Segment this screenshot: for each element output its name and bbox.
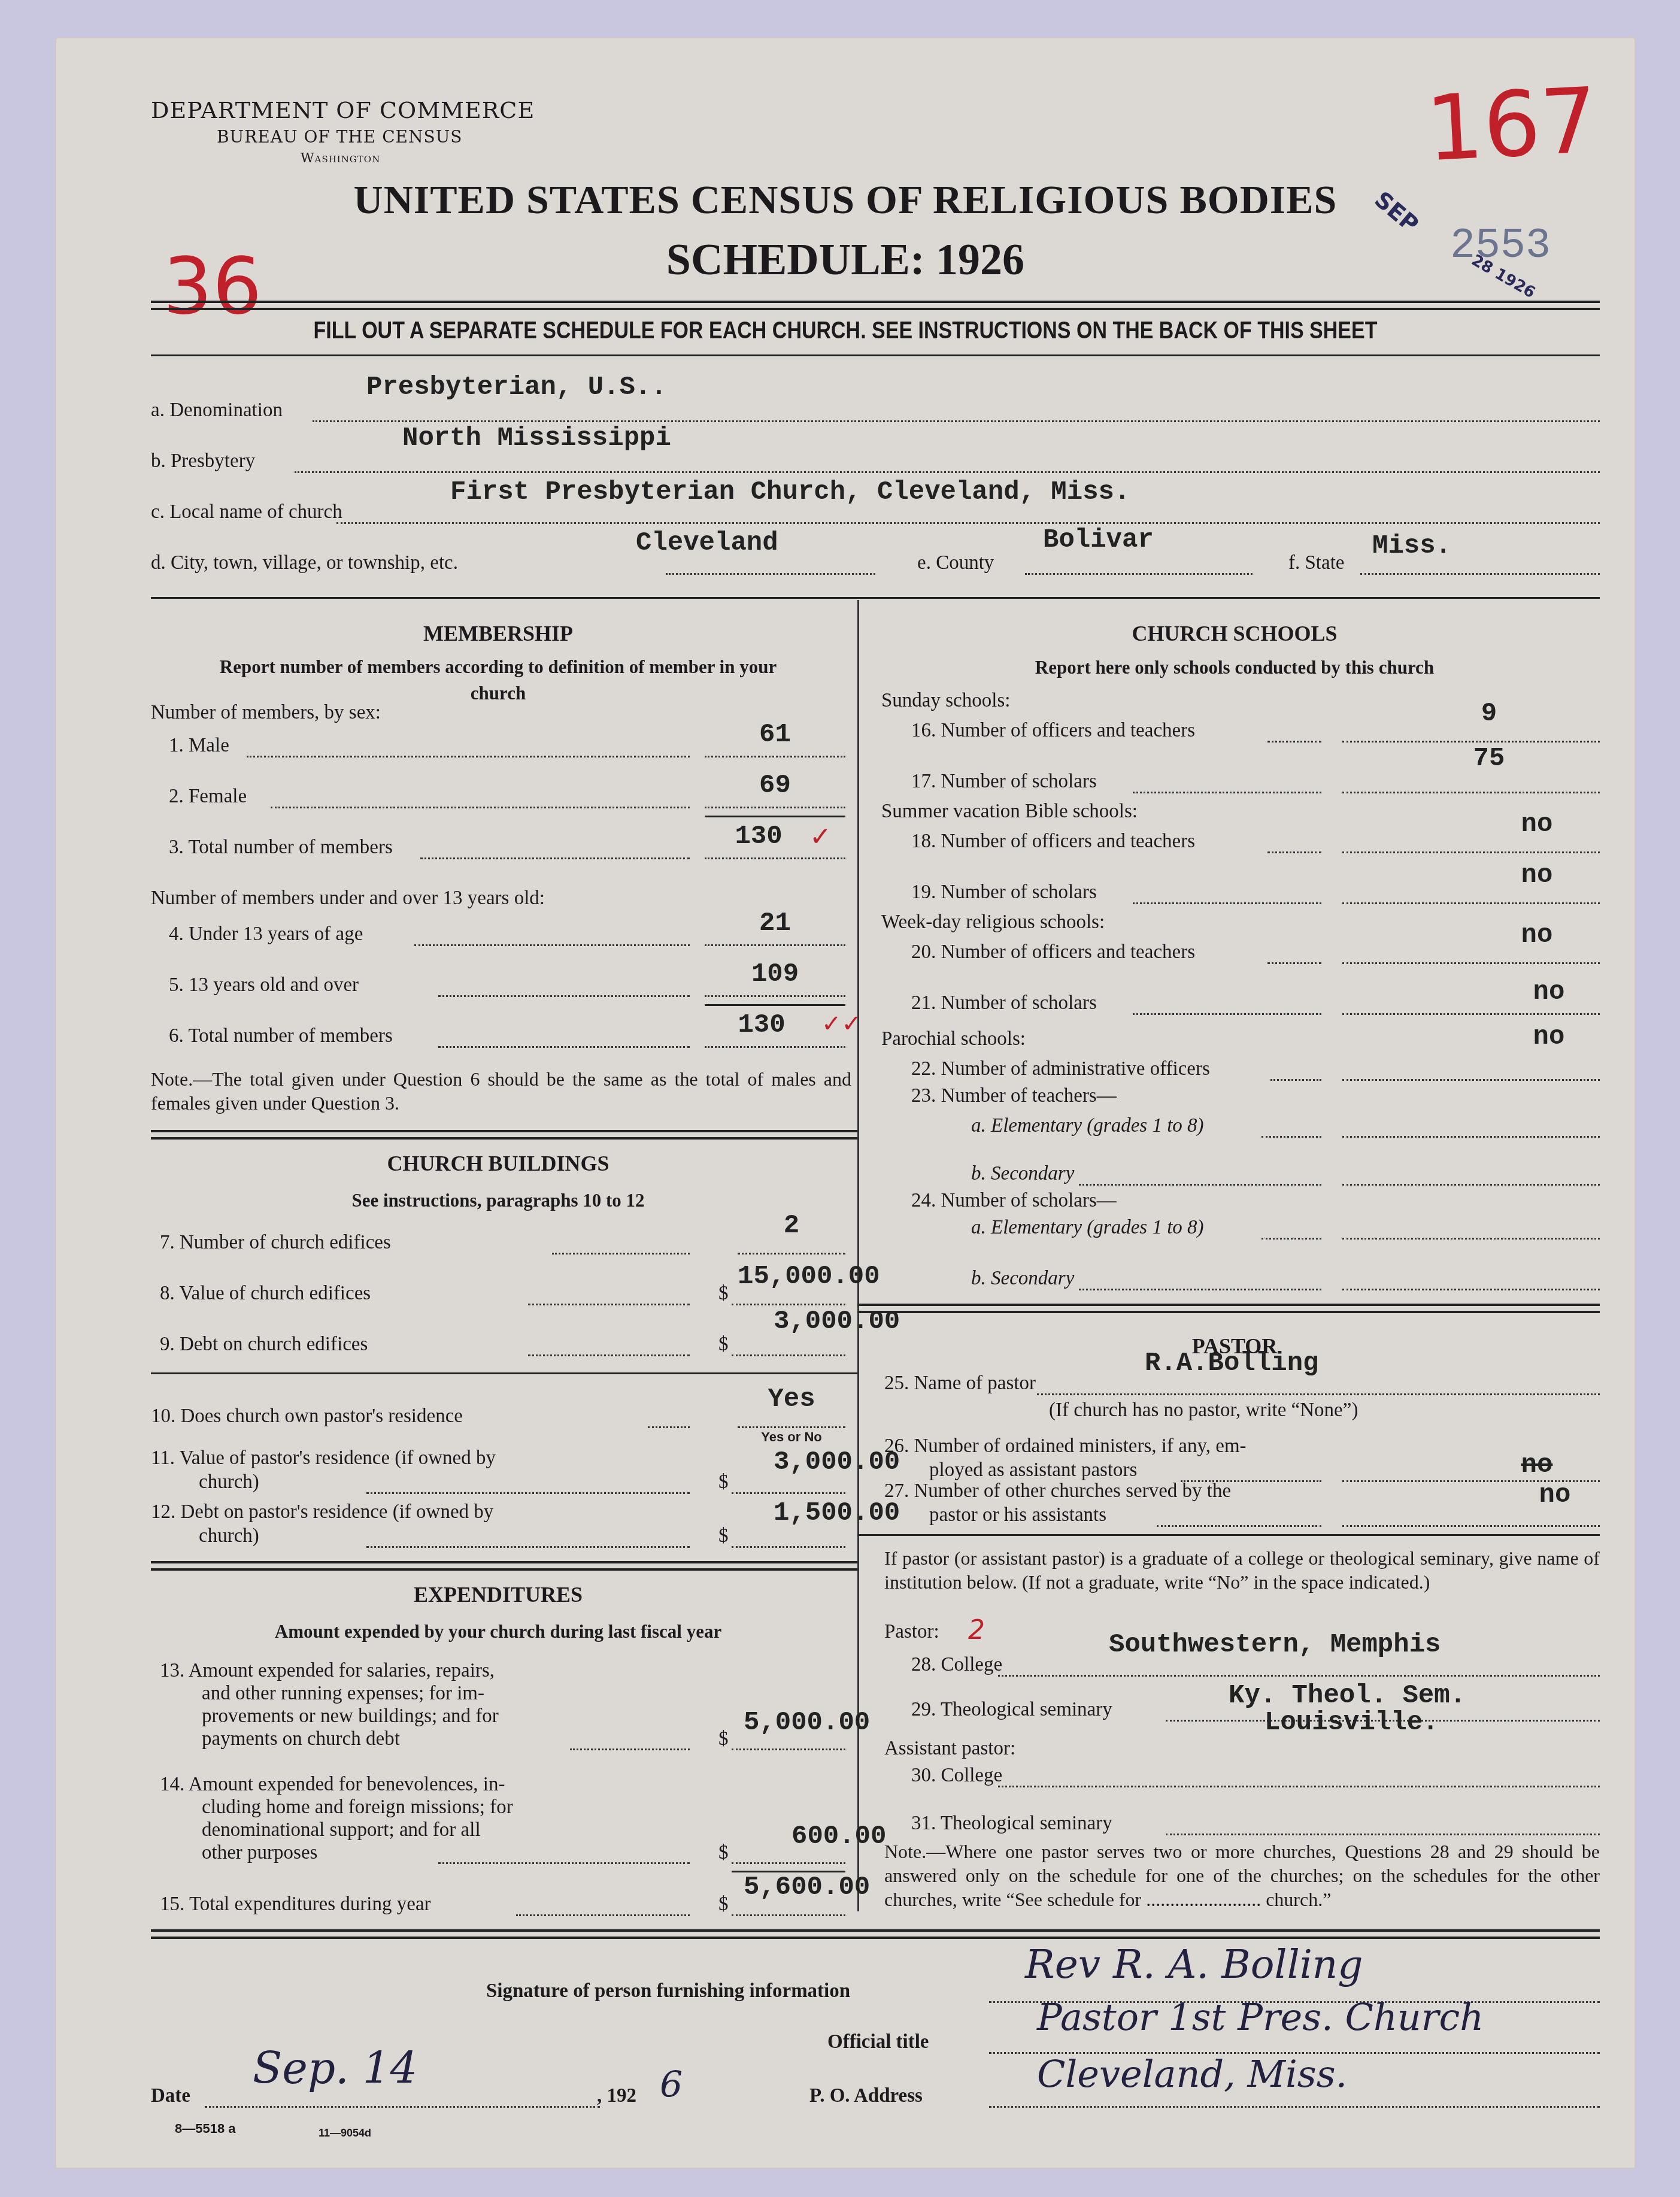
pastor-note: Note.—Where one pastor serves two or mor… <box>884 1840 1600 1911</box>
owns-residence-line <box>738 1426 845 1428</box>
total-2-line <box>705 1046 845 1048</box>
benevolences-line <box>732 1862 845 1864</box>
running-expenses-currency: $ <box>718 1728 729 1750</box>
form-number: 8—5518 a <box>175 2121 236 2137</box>
schools-subtitle: Report here only schools conducted by th… <box>869 657 1600 678</box>
pastor-name-label: 25. Name of pastor <box>884 1372 1036 1395</box>
running-expenses-line <box>732 1748 845 1750</box>
signature-rule <box>151 1929 1600 1939</box>
teachers-secondary-line <box>1342 1184 1600 1186</box>
female-line <box>705 807 845 808</box>
department-heading: DEPARTMENT OF COMMERCE <box>151 97 535 123</box>
residence-debt-currency: $ <box>718 1525 729 1547</box>
total-expenditures-currency: $ <box>718 1893 729 1916</box>
residence-value-line <box>732 1492 845 1494</box>
total-2-leader <box>438 1046 690 1048</box>
membership-subtitle: Report number of members according to de… <box>199 654 797 707</box>
total-line <box>705 857 845 859</box>
denomination-label: a. Denomination <box>151 399 283 422</box>
weekday-officers-field[interactable]: no <box>1492 920 1582 950</box>
red-pastor-mark: 2 <box>968 1615 985 1646</box>
state-field[interactable]: Miss. <box>1372 531 1451 561</box>
asst-college-line <box>998 1786 1600 1787</box>
signature-label: Signature of person furnishing informati… <box>486 1980 850 2002</box>
sunday-scholars-leader <box>1133 792 1321 793</box>
college-label: 28. College <box>911 1654 1002 1676</box>
sunday-scholars-line <box>1342 792 1600 793</box>
college-line <box>998 1675 1600 1677</box>
residence-value-currency: $ <box>718 1471 729 1493</box>
summer-scholars-line <box>1342 902 1600 904</box>
official-title-field[interactable]: Pastor 1st Pres. Church <box>1037 1995 1484 2039</box>
state-label: f. State <box>1288 552 1344 574</box>
local-name-label: c. Local name of church <box>151 501 342 523</box>
summer-officers-field[interactable]: no <box>1492 810 1582 840</box>
residence-debt-field[interactable]: 1,500.00 <box>774 1498 900 1528</box>
seminary-label: 29. Theological seminary <box>911 1699 1112 1721</box>
city-field[interactable]: Cleveland <box>636 528 778 558</box>
location-heading: Washington <box>301 151 380 166</box>
edifices-value-label: 8. Value of church edifices <box>160 1283 371 1305</box>
edifices-line <box>738 1253 845 1254</box>
state-line <box>1360 573 1600 575</box>
bureau-heading: BUREAU OF THE CENSUS <box>217 127 462 147</box>
residence-value-field[interactable]: 3,000.00 <box>774 1447 900 1477</box>
edifices-debt-line <box>732 1354 845 1356</box>
female-leader <box>271 807 690 808</box>
red-file-number: 167 <box>1424 69 1600 182</box>
weekday-scholars-leader <box>1133 1013 1321 1015</box>
owns-residence-leader <box>648 1426 690 1428</box>
residence-debt-label-2: church) <box>199 1525 259 1547</box>
weekday-scholars-field[interactable]: no <box>1504 977 1594 1007</box>
sum-rule-2 <box>705 1004 845 1006</box>
male-leader <box>247 756 690 757</box>
residence-value-label: 11. Value of pastor's residence (if owne… <box>151 1447 496 1469</box>
teachers-secondary-label: b. Secondary <box>971 1163 1074 1185</box>
city-line <box>666 573 875 575</box>
summer-officers-leader <box>1267 851 1321 853</box>
benevolences-field[interactable]: 600.00 <box>792 1822 886 1851</box>
edifices-value-leader <box>528 1304 690 1305</box>
section-rule-pastor <box>857 1304 1600 1313</box>
over-13-line <box>705 995 845 997</box>
total-members-label: 3. Total number of members <box>169 837 393 859</box>
owns-residence-label: 10. Does church own pastor's residence <box>151 1405 463 1428</box>
sunday-schools-heading: Sunday schools: <box>881 690 1010 712</box>
edifices-value-field[interactable]: 15,000.00 <box>738 1262 880 1292</box>
total-leader <box>420 857 690 859</box>
edifices-debt-label: 9. Debt on church edifices <box>160 1334 368 1356</box>
presbytery-line <box>295 471 1600 473</box>
yes-no-hint: Yes or No <box>738 1429 845 1445</box>
census-schedule-form: DEPARTMENT OF COMMERCE BUREAU OF THE CEN… <box>55 37 1636 2169</box>
benevolences-label-1: 14. Amount expended for benevolences, in… <box>160 1774 505 1796</box>
female-count-field[interactable]: 69 <box>705 771 845 801</box>
ordained-label-1: 26. Number of ordained ministers, if any… <box>884 1435 1247 1457</box>
edifices-debt-currency: $ <box>718 1334 729 1356</box>
section-rule-buildings <box>151 1130 857 1140</box>
benevolences-leader <box>438 1862 690 1864</box>
under-13-leader <box>414 944 690 946</box>
print-number: 11—9054d <box>319 2127 371 2140</box>
po-address-line <box>989 2106 1600 2108</box>
scholars-elementary-line <box>1342 1238 1600 1240</box>
parochial-schools-heading: Parochial schools: <box>881 1028 1026 1050</box>
scholars-secondary-label: b. Secondary <box>971 1268 1074 1290</box>
admin-officers-leader <box>1270 1079 1321 1081</box>
weekday-officers-label: 20. Number of officers and teachers <box>911 941 1195 963</box>
presbytery-field[interactable]: North Mississippi <box>402 423 671 453</box>
college-field[interactable]: Southwestern, Memphis <box>1109 1630 1441 1660</box>
ordained-field[interactable]: no <box>1498 1450 1576 1480</box>
summer-scholars-leader <box>1133 902 1321 904</box>
section-rule-expenditures <box>151 1561 857 1571</box>
date-line <box>205 2106 600 2108</box>
date-label: Date <box>151 2085 190 2107</box>
local-name-field[interactable]: First Presbyterian Church, Cleveland, Mi… <box>450 477 1130 507</box>
schools-heading: CHURCH SCHOOLS <box>869 621 1600 646</box>
graduate-rule <box>857 1534 1600 1536</box>
buildings-heading: CHURCH BUILDINGS <box>151 1151 845 1176</box>
running-expenses-label-2: and other running expenses; for im- <box>202 1683 484 1705</box>
running-expenses-label-4: payments on church debt <box>202 1728 400 1750</box>
scholars-elementary-leader <box>1261 1238 1321 1240</box>
running-expenses-leader <box>570 1748 690 1750</box>
asst-seminary-label: 31. Theological seminary <box>911 1813 1112 1835</box>
total-expenditures-label: 15. Total expenditures during year <box>160 1893 431 1916</box>
identification-rule <box>151 597 1600 599</box>
other-churches-leader <box>1157 1525 1321 1527</box>
membership-note: Note.—The total given under Question 6 s… <box>151 1067 851 1115</box>
sunday-scholars-field[interactable]: 75 <box>1444 744 1534 774</box>
residence-rule <box>151 1372 857 1374</box>
total-expenditures-field[interactable]: 5,600.00 <box>744 1872 870 1902</box>
residence-value-label-2: church) <box>199 1471 259 1493</box>
total-members-field[interactable]: 130 <box>705 822 812 851</box>
edifices-count-label: 7. Number of church edifices <box>160 1232 391 1254</box>
membership-heading: MEMBERSHIP <box>151 621 845 646</box>
weekday-schools-heading: Week-day religious schools: <box>881 911 1105 934</box>
graduate-note: If pastor (or assistant pastor) is a gra… <box>884 1546 1600 1594</box>
scholars-label: 24. Number of scholars— <box>911 1190 1117 1212</box>
summer-schools-heading: Summer vacation Bible schools: <box>881 801 1138 823</box>
expenditures-subtitle: Amount expended by your church during la… <box>151 1621 845 1643</box>
total-members-2-field[interactable]: 130 <box>705 1010 818 1040</box>
received-stamp-number: 2553 <box>1450 223 1551 270</box>
benevolences-currency: $ <box>718 1842 729 1864</box>
total-expenditures-line <box>732 1914 845 1916</box>
over-13-leader <box>438 995 690 997</box>
sum-rule-1 <box>705 816 845 817</box>
benevolences-label-4: other purposes <box>202 1842 317 1864</box>
seminary-field-line1[interactable]: Ky. Theol. Sem. <box>1229 1681 1466 1711</box>
total-expenditures-leader <box>516 1914 690 1916</box>
buildings-subtitle: See instructions, paragraphs 10 to 12 <box>151 1190 845 1211</box>
pastor-subheading: Pastor: <box>884 1621 939 1643</box>
sunday-officers-label: 16. Number of officers and teachers <box>911 720 1195 742</box>
red-check-icon: ✓ <box>809 822 832 852</box>
fill-instruction: FILL OUT A SEPARATE SCHEDULE FOR EACH CH… <box>174 317 1517 344</box>
male-count-field[interactable]: 61 <box>705 720 845 750</box>
benevolences-label-3: denominational support; and for all <box>202 1819 481 1841</box>
sunday-officers-line <box>1342 741 1600 743</box>
county-line <box>1025 573 1253 575</box>
weekday-scholars-line <box>1342 1013 1600 1015</box>
sunday-scholars-label: 17. Number of scholars <box>911 771 1097 793</box>
schedule-year: SCHEDULE: 1926 <box>55 235 1636 286</box>
edifices-leader <box>552 1253 690 1254</box>
instruction-rule <box>151 354 1600 356</box>
residence-value-leader <box>366 1492 690 1494</box>
header-double-rule <box>151 301 1600 310</box>
assistant-subheading: Assistant pastor: <box>884 1738 1015 1760</box>
official-title-label: Official title <box>827 2031 929 2053</box>
other-churches-label-2: pastor or his assistants <box>929 1504 1106 1526</box>
other-churches-label-1: 27. Number of other churches served by t… <box>884 1480 1231 1502</box>
over-13-field[interactable]: 109 <box>705 959 845 989</box>
pastor-name-field[interactable]: R.A.Bolling <box>1145 1348 1318 1378</box>
scholars-elementary-label: a. Elementary (grades 1 to 8) <box>971 1217 1204 1239</box>
summer-scholars-field[interactable]: no <box>1492 860 1582 890</box>
red-double-check-icon: ✓✓ <box>821 1010 862 1038</box>
summer-officers-line <box>1342 851 1600 853</box>
ordained-label-2: ployed as assistant pastors <box>929 1459 1137 1481</box>
edifices-debt-leader <box>528 1354 690 1356</box>
under-13-label: 4. Under 13 years of age <box>169 923 363 946</box>
county-label: e. County <box>917 552 994 574</box>
denomination-field[interactable]: Presbyterian, U.S.. <box>366 372 667 402</box>
pastor-name-line <box>1037 1393 1600 1395</box>
sunday-officers-field[interactable]: 9 <box>1444 699 1534 729</box>
teachers-elementary-label: a. Elementary (grades 1 to 8) <box>971 1115 1204 1137</box>
over-13-label: 5. 13 years old and over <box>169 974 359 996</box>
residence-debt-line <box>732 1546 845 1548</box>
under-13-line <box>705 944 845 946</box>
edifices-value-currency: $ <box>718 1283 729 1305</box>
county-field[interactable]: Bolivar <box>1043 525 1154 555</box>
scholars-secondary-leader <box>1079 1289 1321 1290</box>
parochial-schools-field[interactable]: no <box>1504 1022 1594 1052</box>
weekday-scholars-label: 21. Number of scholars <box>911 992 1097 1014</box>
owns-residence-field[interactable]: Yes <box>738 1384 845 1414</box>
total-members-2-label: 6. Total number of members <box>169 1025 393 1047</box>
po-address-label: P. O. Address <box>809 2085 923 2107</box>
city-label: d. City, town, village, or township, etc… <box>151 552 458 574</box>
denomination-line <box>313 420 1600 422</box>
edifices-count-field[interactable]: 2 <box>738 1211 845 1241</box>
by-sex-label: Number of members, by sex: <box>151 702 381 724</box>
asst-seminary-line <box>1166 1834 1600 1835</box>
summer-scholars-label: 19. Number of scholars <box>911 881 1097 904</box>
teachers-label: 23. Number of teachers— <box>911 1085 1117 1107</box>
year-field[interactable]: 6 <box>660 2064 683 2106</box>
expenditures-heading: EXPENDITURES <box>151 1582 845 1607</box>
by-age-label: Number of members under and over 13 year… <box>151 887 545 910</box>
residence-debt-label: 12. Debt on pastor's residence (if owned… <box>151 1501 493 1523</box>
seminary-field-line2[interactable]: Louisville. <box>1264 1708 1438 1738</box>
signature-field[interactable]: Rev R. A. Bolling <box>1025 1941 1363 1987</box>
residence-debt-leader <box>366 1546 690 1548</box>
edifices-value-line <box>732 1304 845 1305</box>
weekday-officers-leader <box>1267 962 1321 964</box>
running-expenses-label-1: 13. Amount expended for salaries, repair… <box>160 1660 495 1682</box>
pastor-name-hint: (If church has no pastor, write “None”) <box>1049 1399 1358 1422</box>
teachers-secondary-leader <box>1079 1184 1321 1186</box>
female-label: 2. Female <box>169 786 247 808</box>
benevolences-label-2: cluding home and foreign missions; for <box>202 1796 513 1819</box>
other-churches-line <box>1342 1525 1600 1527</box>
male-label: 1. Male <box>169 735 229 757</box>
running-expenses-label-3: provements or new buildings; and for <box>202 1705 499 1728</box>
weekday-officers-line <box>1342 962 1600 964</box>
year-prefix: , 192 <box>597 2085 636 2107</box>
admin-officers-label: 22. Number of administrative officers <box>911 1058 1210 1080</box>
teachers-elementary-line <box>1342 1136 1600 1138</box>
presbytery-label: b. Presbytery <box>151 450 255 472</box>
sunday-officers-leader <box>1267 741 1321 743</box>
summer-officers-label: 18. Number of officers and teachers <box>911 831 1195 853</box>
under-13-field[interactable]: 21 <box>705 908 845 938</box>
male-line <box>705 756 845 757</box>
running-expenses-field[interactable]: 5,000.00 <box>744 1708 870 1738</box>
po-address-field[interactable]: Cleveland, Miss. <box>1037 2052 1347 2096</box>
date-field[interactable]: Sep. 14 <box>253 2043 417 2093</box>
scholars-secondary-line <box>1342 1289 1600 1290</box>
other-churches-field[interactable]: no <box>1516 1480 1594 1510</box>
admin-officers-line <box>1342 1079 1600 1081</box>
local-name-line <box>336 522 1600 524</box>
teachers-elementary-leader <box>1261 1136 1321 1138</box>
asst-college-label: 30. College <box>911 1765 1002 1787</box>
